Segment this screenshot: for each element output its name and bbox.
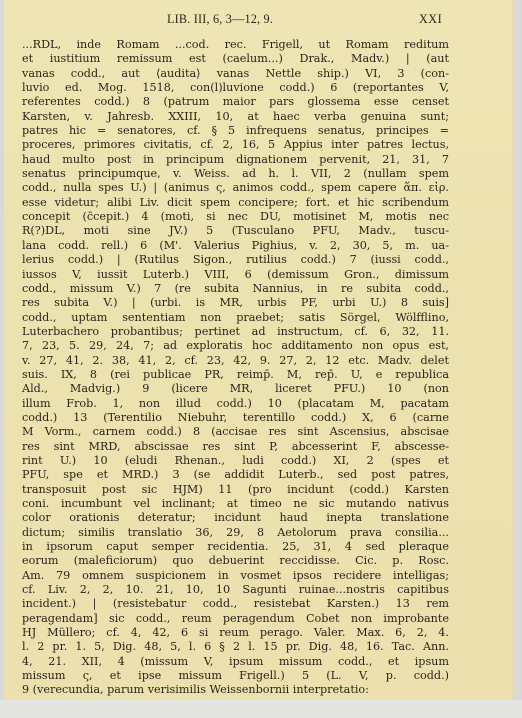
text-line: codd., missum V.) 7 (re subita Nannius, …: [22, 282, 449, 296]
text-line: rint U.) 10 (eludi Rhenan., ludi codd.) …: [22, 454, 449, 468]
scan-margin: [0, 700, 522, 718]
text-line: Am. 79 omnem suspicionem in vosmet ipsos…: [22, 569, 449, 583]
text-line: luvio ed. Mog. 1518, con(l)luvione codd.…: [22, 81, 449, 95]
text-line: senatus principumque, v. Weiss. ad h. l.…: [22, 167, 449, 181]
text-line: missum ς, et ipse missum Frigell.) 5 (L.…: [22, 669, 449, 683]
text-line: 9 (verecundia, parum verisimilis Weissen…: [22, 683, 449, 697]
text-line: res sint MRD, abscissae res sint P, abce…: [22, 440, 449, 454]
text-line: codd., nulla spes U.) | (animus ς, animo…: [22, 181, 449, 195]
text-line: proceres, primores civitatis, cf. 2, 16,…: [22, 138, 449, 152]
text-line: coni. incumbunt vel inclinant; at timeo …: [22, 497, 449, 511]
text-line: codd.) 13 (Terentilio Niebuhr, terentill…: [22, 411, 449, 425]
text-line: R(?)DL, moti sine JV.) 5 (Tusculano PFU,…: [22, 224, 449, 238]
text-line: PFU, spe et MRD.) 3 (se addidit Luterb.,…: [22, 468, 449, 482]
text-line: eorum (maleficiorum) quo debuerint recci…: [22, 554, 449, 568]
text-line: in ipsorum caput semper recidentia. 25, …: [22, 540, 449, 554]
text-line: M Vorm., carnem codd.) 8 (accisae res si…: [22, 425, 449, 439]
text-line: esse videtur; alibi Liv. dicit spem conc…: [22, 196, 449, 210]
text-line: haud multo post in principum dignationem…: [22, 153, 449, 167]
text-line: iussos V, iussit Luterb.) VIII, 6 (demis…: [22, 268, 449, 282]
text-line: incident.) | (resistebatur codd., resist…: [22, 597, 449, 611]
page-header: LIB. III, 6, 3—12, 9. XXI: [4, 12, 512, 30]
text-line: Luterbachero probantibus; pertinet ad in…: [22, 325, 449, 339]
book-page: LIB. III, 6, 3—12, 9. XXI ...RDL, inde R…: [4, 0, 512, 700]
text-line: color orationis deteratur; incidunt haud…: [22, 511, 449, 525]
text-line: et iustitium remissum est (caelum...) Dr…: [22, 52, 449, 66]
apparatus-criticus-text: ...RDL, inde Romam ...cod. rec. Frigell,…: [22, 38, 449, 698]
text-line: peragendam] sic codd., reum peragendum C…: [22, 612, 449, 626]
text-line: illum Frob. 1, non illud codd.) 10 (plac…: [22, 397, 449, 411]
text-line: vanas codd., aut ⟨audita⟩ vanas Nettle s…: [22, 67, 449, 81]
text-line: Karsten, v. Jahresb. XXIII, 10, at haec …: [22, 110, 449, 124]
text-line: patres hic = senatores, cf. § 5 infreque…: [22, 124, 449, 138]
text-line: concepit (c̄cepit.) 4 (moti, si nec DU, …: [22, 210, 449, 224]
text-line: 7, 23, 5. 29, 24, 7; ad exploratis hoc a…: [22, 339, 449, 353]
text-line: HJ Müllero; cf. 4, 42, 6 si reum perago.…: [22, 626, 449, 640]
page-number: XXI: [419, 12, 442, 27]
text-line: res subita V.) | (urbi. is MR, urbis PF,…: [22, 296, 449, 310]
text-line: lana codd. rell.) 6 (M'. Valerius Pighiu…: [22, 239, 449, 253]
text-line: Ald., Madvig.) 9 (licere MR, liceret PFU…: [22, 382, 449, 396]
text-line: transposuit post sic HJM) 11 (pro incidu…: [22, 483, 449, 497]
text-line: lerius codd.) | (Rutilus Sigon., rutiliu…: [22, 253, 449, 267]
text-line: dictum; similis translatio 36, 29, 8 Aet…: [22, 526, 449, 540]
text-line: suis. IX, 8 (rei publicae PR, reimp̄. M,…: [22, 368, 449, 382]
text-line: cf. Liv. 2, 2, 10. 21, 10, 10 Sagunti ru…: [22, 583, 449, 597]
text-line: referentes codd.) 8 (patrum maior pars g…: [22, 95, 449, 109]
running-title: LIB. III, 6, 3—12, 9.: [167, 12, 273, 27]
text-line: v. 27, 41, 2. 38, 41, 2, cf. 23, 42, 9. …: [22, 354, 449, 368]
text-line: 4, 21. XII, 4 (missum V, ipsum missum co…: [22, 655, 449, 669]
text-line: ...RDL, inde Romam ...cod. rec. Frigell,…: [22, 38, 449, 52]
text-line: codd., uptam sententiam non praebet; sat…: [22, 311, 449, 325]
text-line: l. 2 pr. 1. 5, Dig. 48, 5, l. 6 § 2 l. 1…: [22, 640, 449, 654]
